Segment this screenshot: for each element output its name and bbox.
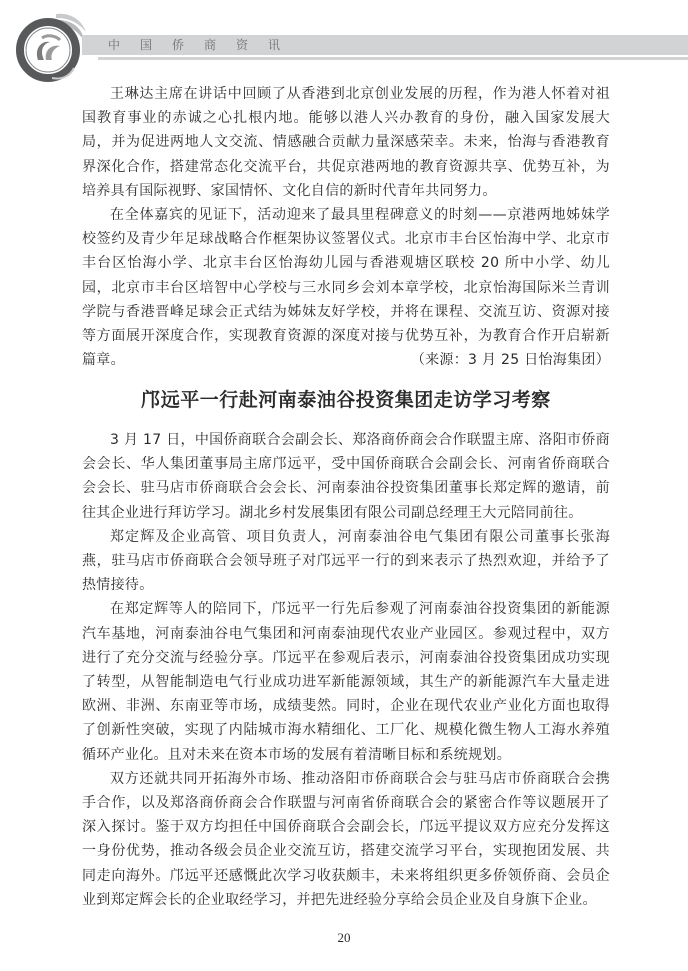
article2-paragraph-2: 郑定辉及企业高管、项目负责人，河南泰油谷电气集团有限公司董事长张海燕，驻马店市侨… (82, 525, 610, 598)
article1-source: （来源：3 月 25 日怡海集团） (411, 348, 610, 372)
article2-paragraph-1: 3 月 17 日，中国侨商联合会副会长、郑洛商侨商会合作联盟主席、洛阳市侨商会会… (82, 428, 610, 525)
page-header: 中国侨商资讯 (0, 0, 688, 80)
article2-body: 3 月 17 日，中国侨商联合会副会长、郑洛商侨商会合作联盟主席、洛阳市侨商会会… (82, 428, 610, 912)
header-divider (98, 57, 688, 60)
article1-paragraph-1: 王琳达主席在讲话中回顾了从香港到北京创业发展的历程，作为港人怀着对祖国教育事业的… (82, 82, 610, 203)
article2-paragraph-4: 双方还就共同开拓海外市场、推动洛阳市侨商联合会与驻马店市侨商联合会携手合作，以及… (82, 767, 610, 912)
article1-body: 王琳达主席在讲话中回顾了从香港到北京创业发展的历程，作为港人怀着对祖国教育事业的… (82, 82, 610, 372)
article1-paragraph-2: 在全体嘉宾的见证下，活动迎来了最具里程碑意义的时刻——京港两地姊妹学校签约及青少… (82, 203, 610, 372)
section-title: 中国侨商资讯 (108, 35, 300, 55)
page-number: 20 (0, 930, 688, 946)
article1-paragraph-2-text: 在全体嘉宾的见证下，活动迎来了最具里程碑意义的时刻——京港两地姊妹学校签约及青少… (82, 207, 610, 368)
federation-logo-icon (12, 8, 92, 84)
article2-title: 邝远平一行赴河南泰油谷投资集团走访学习考察 (82, 385, 610, 415)
article2-paragraph-3: 在郑定辉等人的陪同下，邝远平一行先后参观了河南泰油谷投资集团的新能源汽车基地，河… (82, 597, 610, 766)
